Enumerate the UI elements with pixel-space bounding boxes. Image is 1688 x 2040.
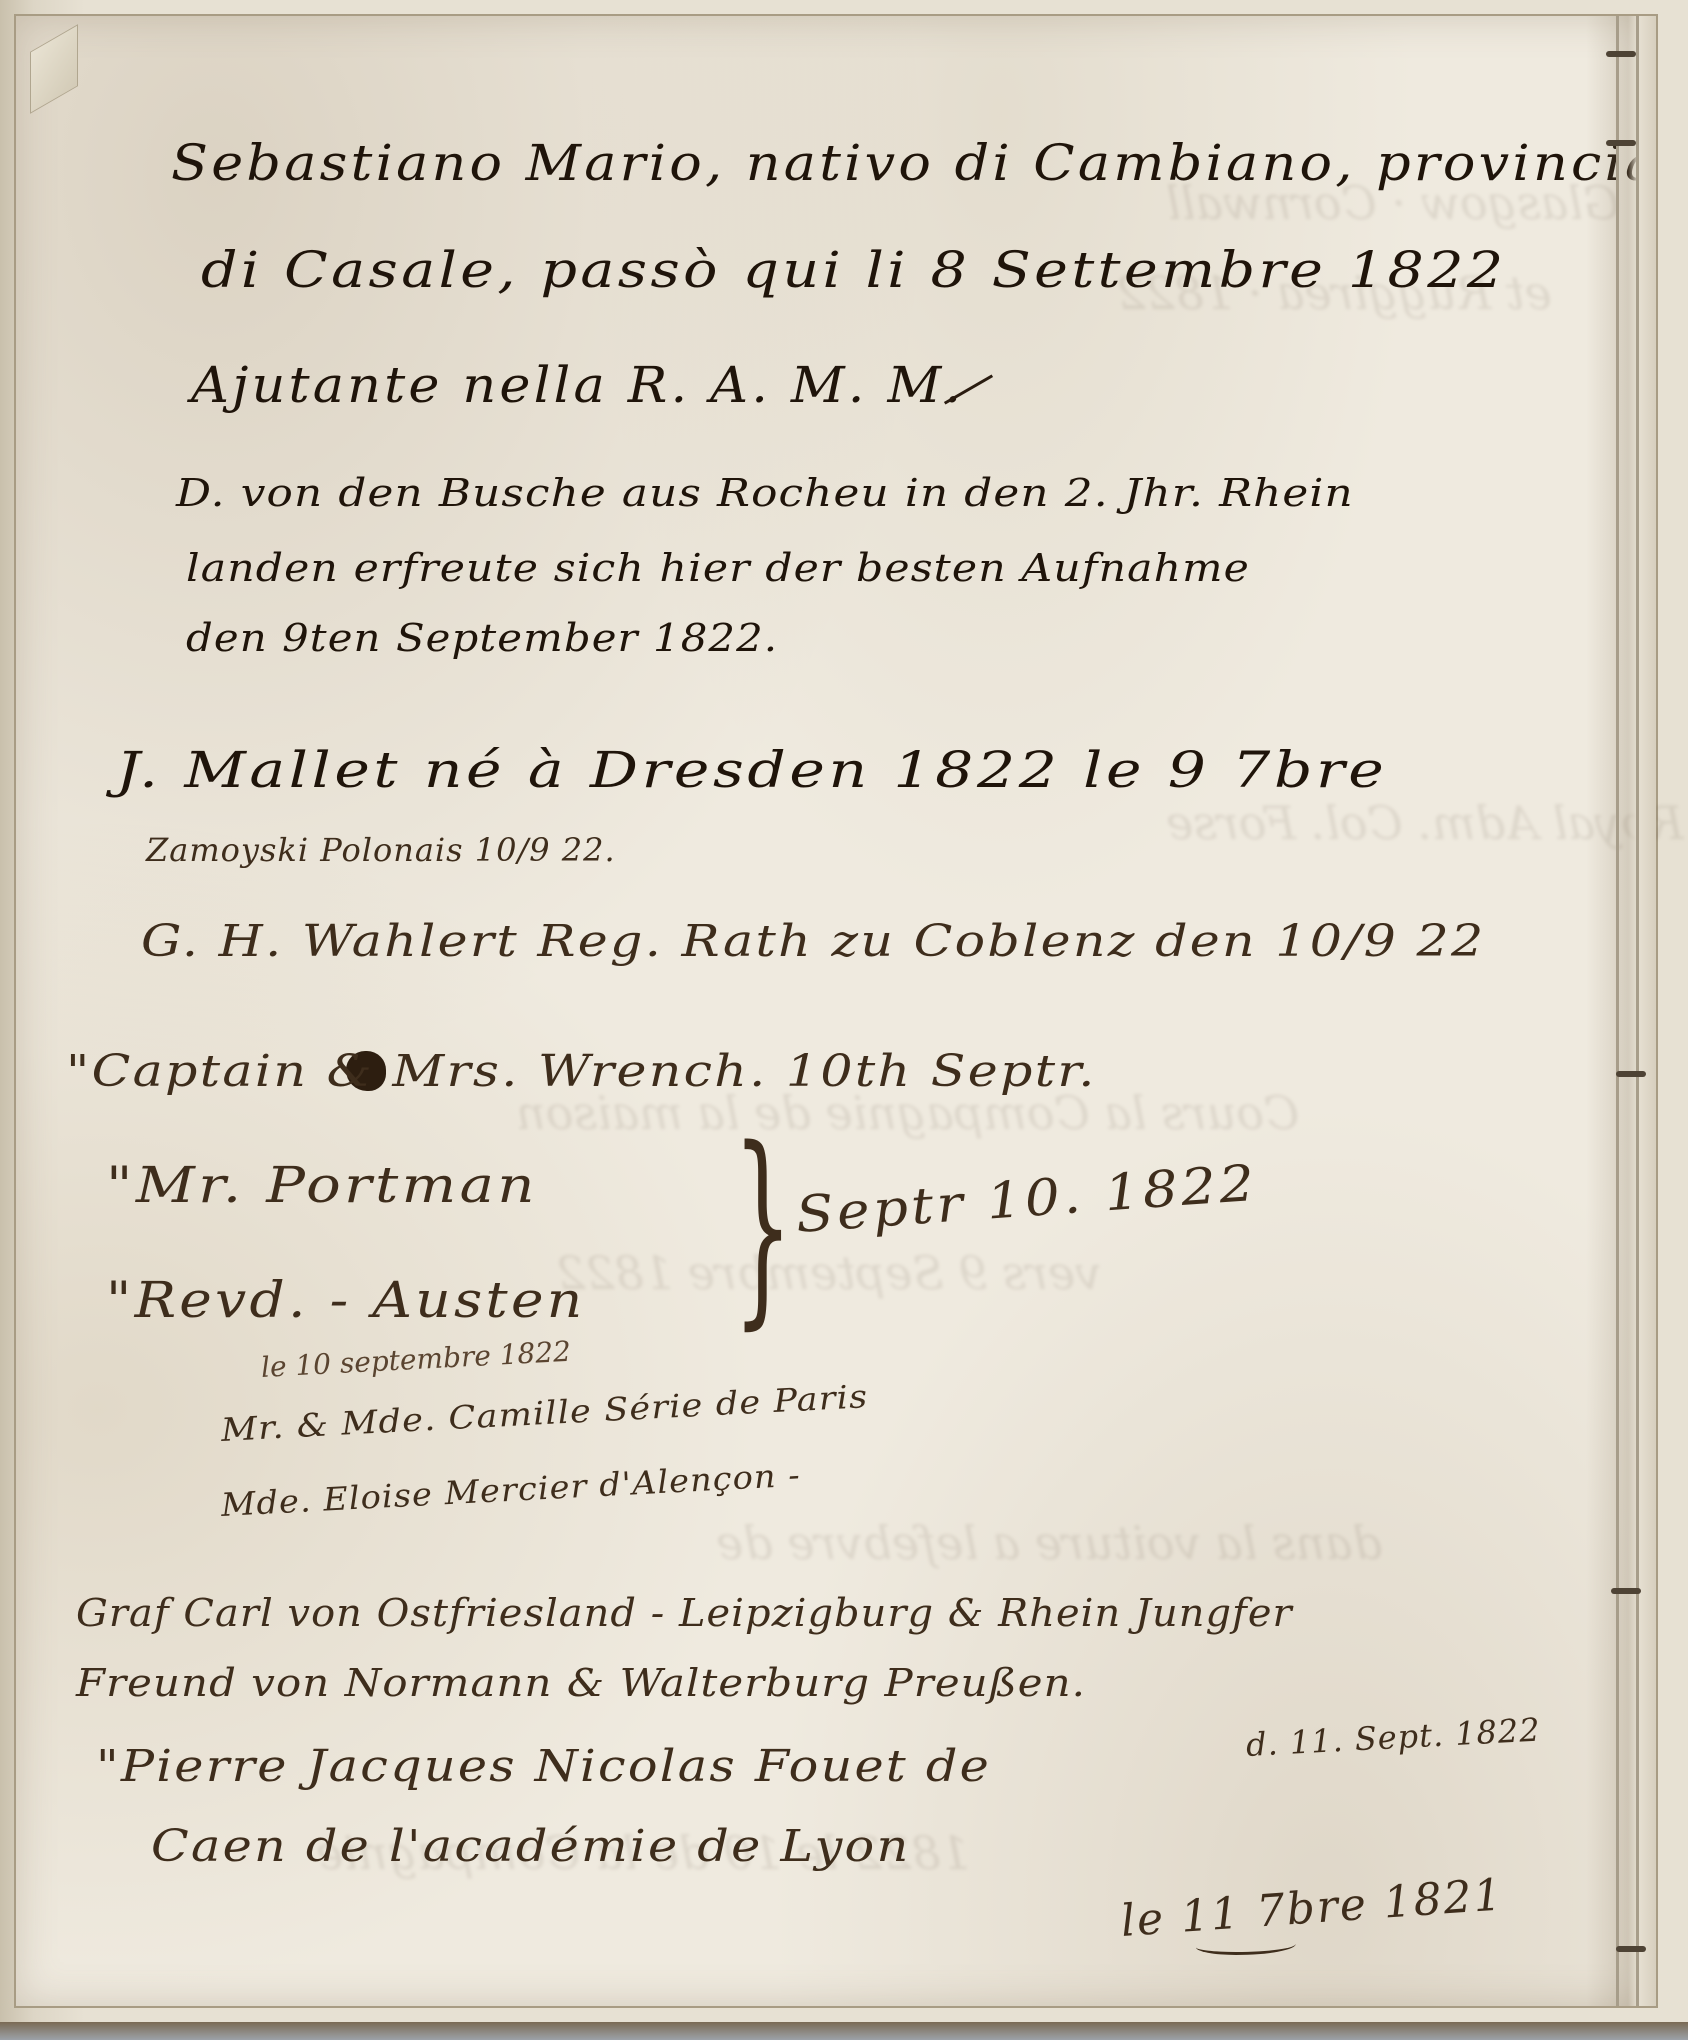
corner-fold — [30, 24, 78, 114]
bleed-through-text: dans la voiture a lefebvre de — [716, 1516, 1382, 1570]
manuscript-page: Glasgow · Cornwall et Ruggirea · 1822 Ro… — [14, 14, 1658, 2008]
entry-line: di Casale, passò qui li 8 Settembre 1822 — [201, 241, 1507, 299]
bleed-through-text: vers 9 Septembre 1822 — [556, 1246, 1101, 1300]
entry-line: landen erfreute sich hier der besten Auf… — [186, 546, 1250, 590]
binding-stitch — [1616, 1946, 1646, 1952]
entry-line: J. Mallet né à Dresden 1822 le 9 7bre — [116, 741, 1387, 799]
grouping-brace: } — [733, 1121, 793, 1331]
bracket-date: Septr 10. 1822 — [794, 1154, 1259, 1244]
entry-line: "Revd. - Austen — [106, 1271, 586, 1329]
entry-line: "Pierre Jacques Nicolas Fouet de — [96, 1741, 991, 1792]
entry-line: Sebastiano Mario, nativo di Cambiano, pr… — [171, 134, 1660, 192]
entry-line: le 10 septembre 1822 — [260, 1335, 572, 1384]
entry-line: Freund von Normann & Walterburg Preußen. — [76, 1661, 1086, 1705]
binding-stitch — [1606, 51, 1636, 57]
gutter-line — [1616, 16, 1619, 2006]
entry-line: Zamoyski Polonais 10/9 22. — [146, 831, 616, 869]
binding-stitch — [1616, 1071, 1646, 1077]
entry-line: G. H. Wahlert Reg. Rath zu Coblenz den 1… — [141, 916, 1485, 967]
entry-line: Graf Carl von Ostfriesland - Leipzigburg… — [76, 1591, 1293, 1635]
entry-line: den 9ten September 1822. — [186, 616, 778, 660]
entry-line: D. von den Busche aus Rocheu in den 2. J… — [176, 471, 1354, 515]
binding-gutter — [1586, 16, 1656, 2006]
closing-date: le 11 7bre 1821 — [1119, 1869, 1505, 1947]
entry-line: "Captain & Mrs. Wrench. 10th Septr. — [66, 1046, 1097, 1097]
gutter-line — [1636, 16, 1639, 2006]
binding-stitch — [1606, 140, 1636, 146]
entry-line: Ajutante nella R. A. M. M. — [191, 356, 964, 414]
page-bottom-edge — [0, 2022, 1688, 2040]
entry-line: Mr. & Mde. Camille Série de Paris — [220, 1377, 869, 1449]
binding-stitch — [1611, 1588, 1641, 1594]
side-date: d. 11. Sept. 1822 — [1245, 1711, 1541, 1764]
entry-line: Caen de l'académie de Lyon — [151, 1821, 910, 1872]
entry-line: Mde. Eloise Mercier d'Alençon - — [220, 1456, 801, 1524]
flourish — [1196, 1936, 1296, 1955]
entry-line: "Mr. Portman — [106, 1156, 538, 1214]
